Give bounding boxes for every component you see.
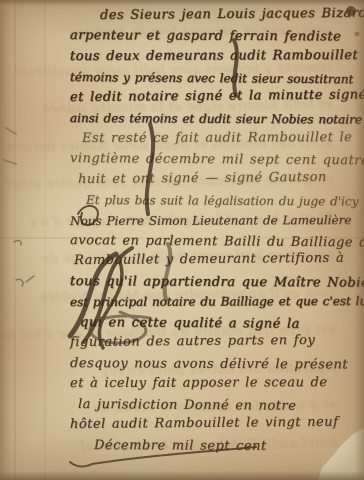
manuscript-line: Rambouillet y demeurant certifions à <box>74 249 360 272</box>
manuscript-line: Est resté ce fait audit Rambouillet le <box>82 128 360 149</box>
manuscript-line: huit et ont signé — signé Gautson <box>78 167 360 190</box>
manuscript-line: Et plus bas suit la légalisation du juge… <box>86 190 360 212</box>
manuscript-line: hôtel audit Rambouillet le vingt neuf <box>70 413 360 436</box>
paper-crease <box>14 0 16 480</box>
manuscript-line: Décembre mil sept cent <box>94 436 360 458</box>
manuscript-page: arpenteur et gaspard ferrain fendiste té… <box>0 0 364 480</box>
manuscript-line: des Sieurs jean Louis jacques Bizard — <box>100 4 360 27</box>
manuscript-line: et à iceluy fait apposer le sceau de <box>70 373 360 394</box>
manuscript-text: des Sieurs jean Louis jacques Bizard — a… <box>70 6 360 456</box>
manuscript-line: tous deux demeurans audit Rambouillet <box>70 46 360 67</box>
manuscript-line: Nous Pierre Simon Lieutenant de Lameuliè… <box>70 210 360 231</box>
manuscript-line: arpenteur et gaspard ferrain fendiste <box>70 26 360 48</box>
manuscript-line: est principal notaire du Bailliage et qu… <box>70 291 360 312</box>
manuscript-line: ainsi des témoins et dudit sieur Nobies … <box>70 108 360 130</box>
manuscript-line: figuration des autres parts en foy <box>70 331 360 354</box>
manuscript-line: et ledit notaire signé et la minutte sig… <box>70 85 360 108</box>
paper-crease <box>44 0 46 480</box>
